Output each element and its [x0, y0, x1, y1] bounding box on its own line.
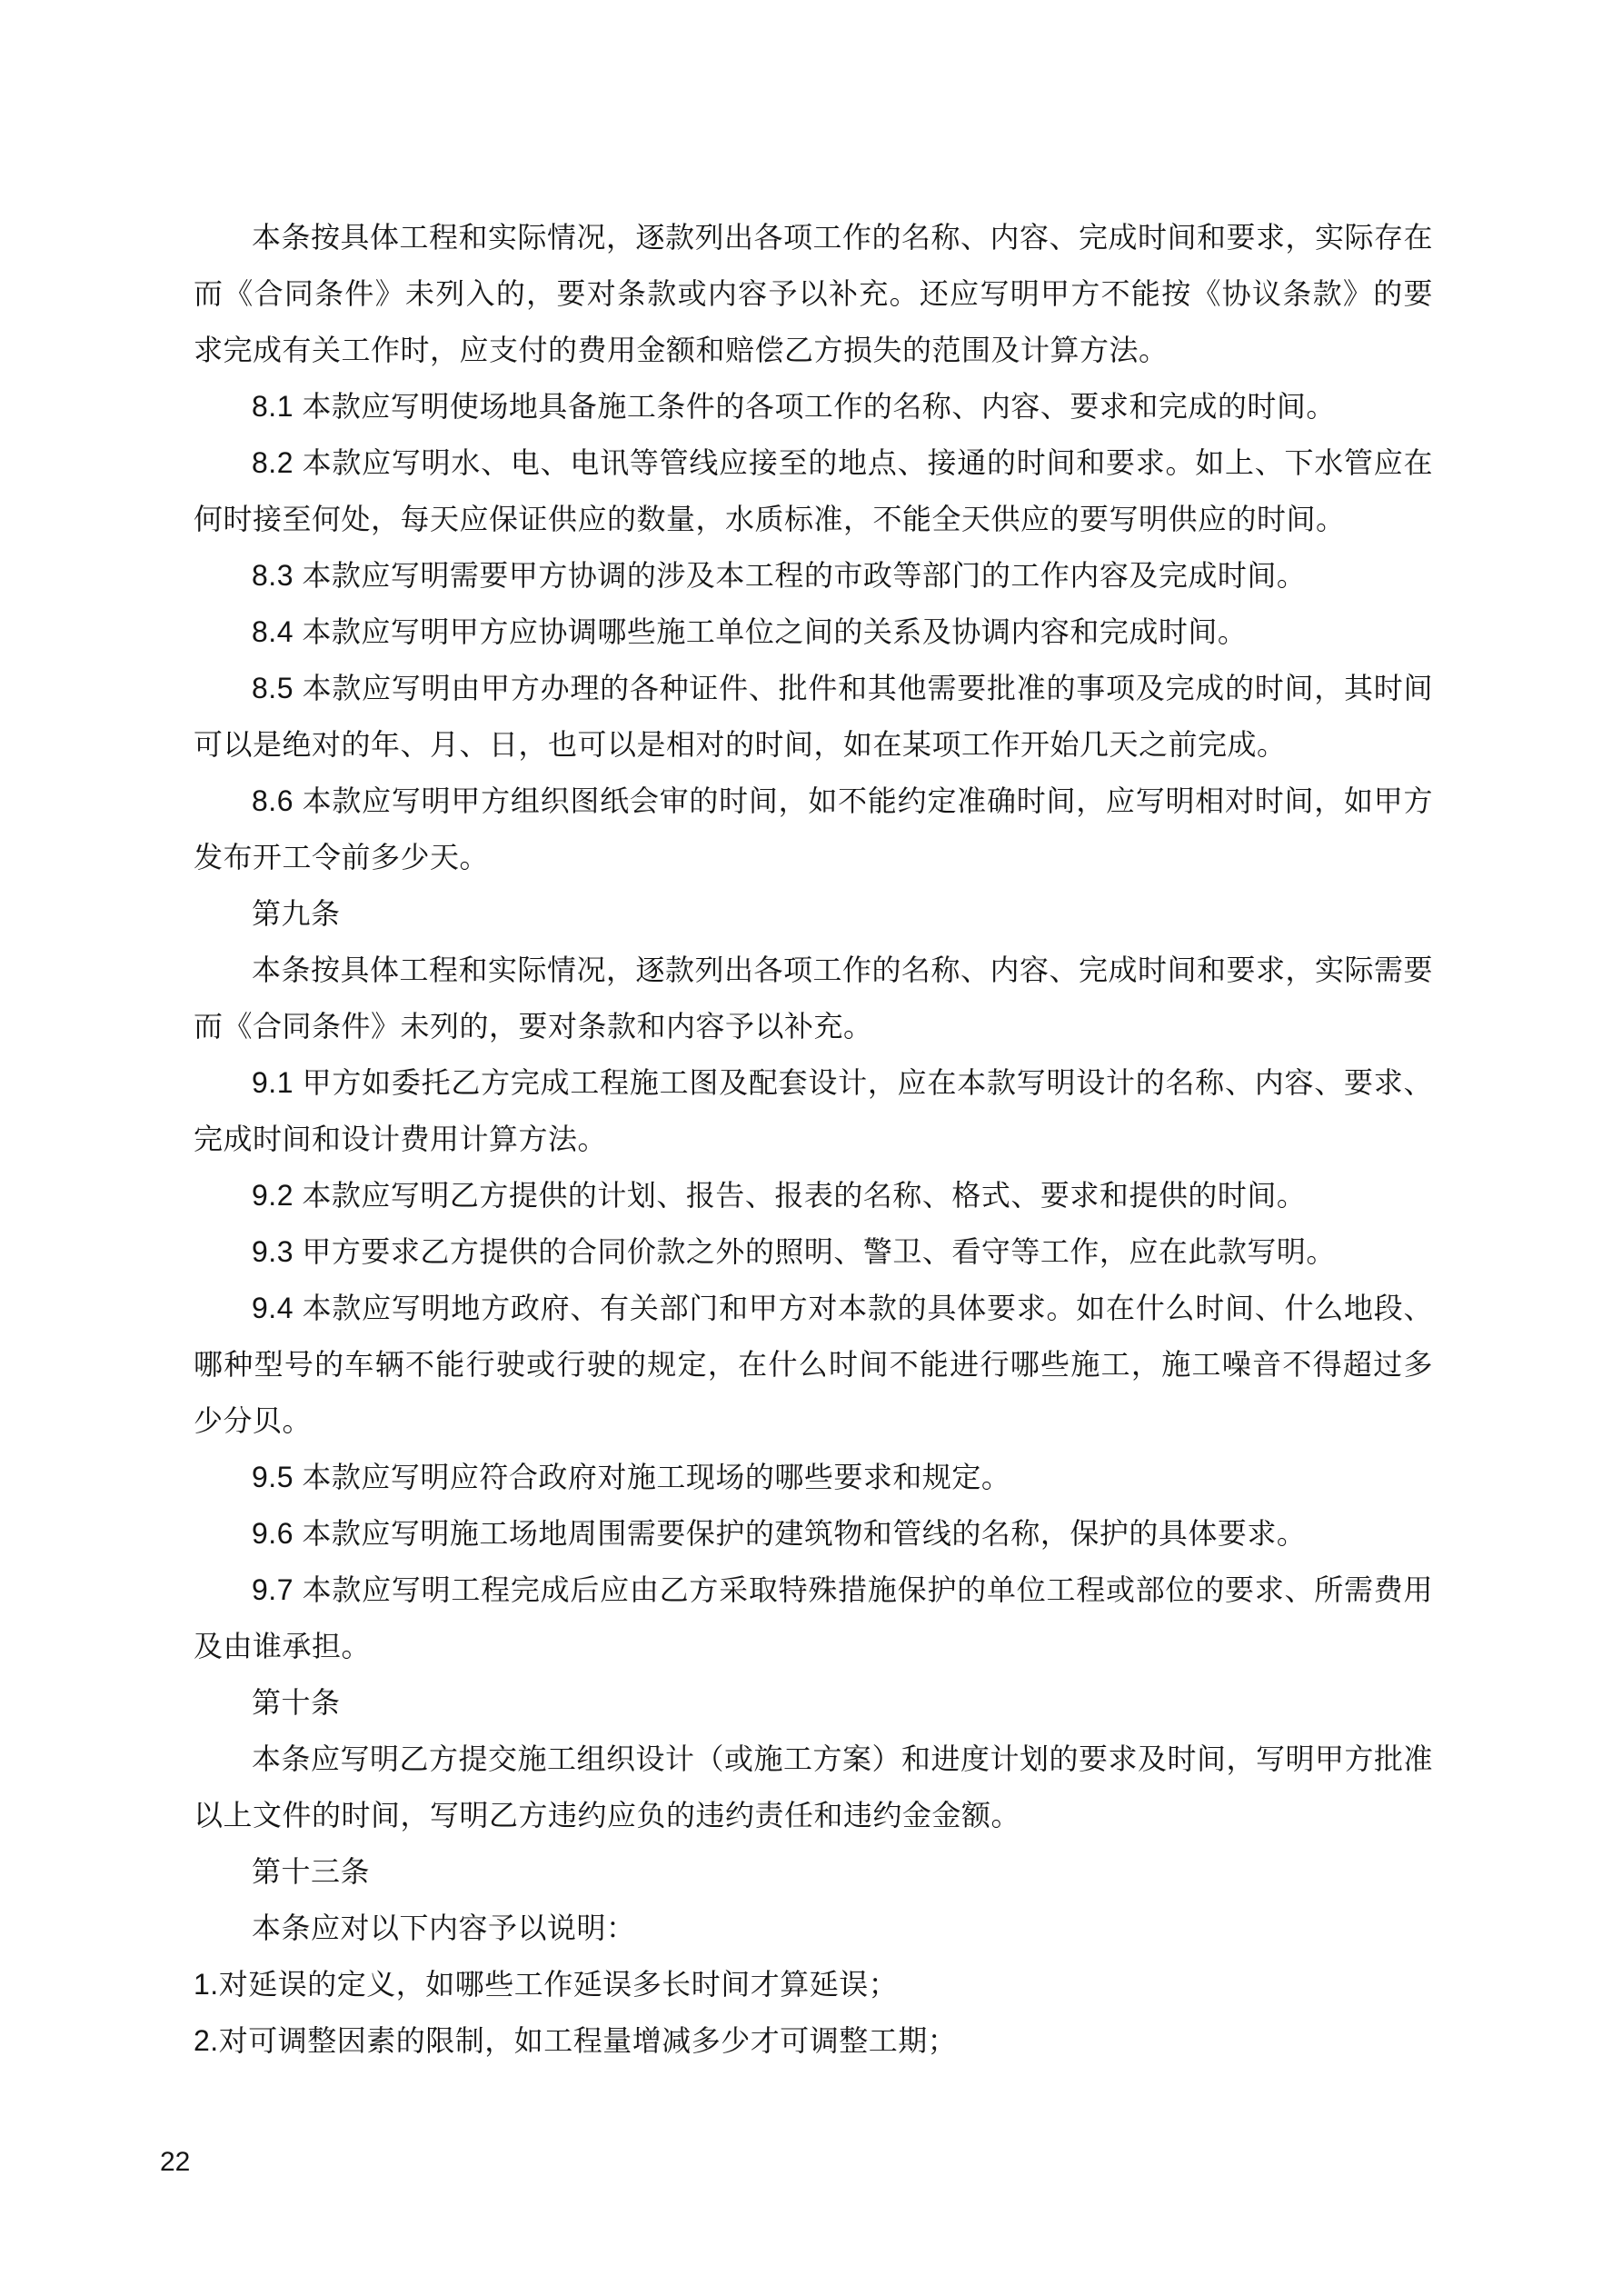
document-body: 本条按具体工程和实际情况，逐款列出各项工作的名称、内容、完成时间和要求，实际存在… [194, 209, 1433, 2069]
paragraph: 8.6 本款应写明甲方组织图纸会审的时间，如不能约定准确时间，应写明相对时间，如… [194, 773, 1433, 885]
paragraph: 8.4 本款应写明甲方应协调哪些施工单位之间的关系及协调内容和完成时间。 [194, 604, 1433, 660]
paragraph: 9.3 甲方要求乙方提供的合同价款之外的照明、警卫、看守等工作，应在此款写明。 [194, 1223, 1433, 1280]
paragraph: 本条按具体工程和实际情况，逐款列出各项工作的名称、内容、完成时间和要求，实际需要… [194, 942, 1433, 1054]
document-page: 本条按具体工程和实际情况，逐款列出各项工作的名称、内容、完成时间和要求，实际存在… [0, 0, 1622, 2296]
paragraph: 9.1 甲方如委托乙方完成工程施工图及配套设计，应在本款写明设计的名称、内容、要… [194, 1054, 1433, 1167]
paragraph: 本条应写明乙方提交施工组织设计（或施工方案）和进度计划的要求及时间，写明甲方批准… [194, 1731, 1433, 1843]
paragraph: 9.7 本款应写明工程完成后应由乙方采取特殊措施保护的单位工程或部位的要求、所需… [194, 1562, 1433, 1674]
list-item: 1.对延误的定义，如哪些工作延误多长时间才算延误； [194, 1956, 1433, 2012]
paragraph: 8.1 本款应写明使场地具备施工条件的各项工作的名称、内容、要求和完成的时间。 [194, 378, 1433, 434]
clause-heading-article-10: 第十条 [194, 1674, 1433, 1731]
paragraph: 8.2 本款应写明水、电、电讯等管线应接至的地点、接通的时间和要求。如上、下水管… [194, 434, 1433, 547]
paragraph: 9.5 本款应写明应符合政府对施工现场的哪些要求和规定。 [194, 1449, 1433, 1505]
paragraph: 9.4 本款应写明地方政府、有关部门和甲方对本款的具体要求。如在什么时间、什么地… [194, 1280, 1433, 1449]
paragraph: 8.3 本款应写明需要甲方协调的涉及本工程的市政等部门的工作内容及完成时间。 [194, 547, 1433, 604]
clause-heading-article-9: 第九条 [194, 885, 1433, 942]
paragraph: 9.2 本款应写明乙方提供的计划、报告、报表的名称、格式、要求和提供的时间。 [194, 1167, 1433, 1223]
paragraph: 8.5 本款应写明由甲方办理的各种证件、批件和其他需要批准的事项及完成的时间，其… [194, 660, 1433, 773]
paragraph: 本条应对以下内容予以说明： [194, 1900, 1433, 1956]
paragraph: 本条按具体工程和实际情况，逐款列出各项工作的名称、内容、完成时间和要求，实际存在… [194, 209, 1433, 378]
clause-heading-article-13: 第十三条 [194, 1843, 1433, 1900]
page-number: 22 [160, 2145, 190, 2180]
paragraph: 9.6 本款应写明施工场地周围需要保护的建筑物和管线的名称，保护的具体要求。 [194, 1505, 1433, 1562]
list-item: 2.对可调整因素的限制，如工程量增减多少才可调整工期； [194, 2012, 1433, 2069]
